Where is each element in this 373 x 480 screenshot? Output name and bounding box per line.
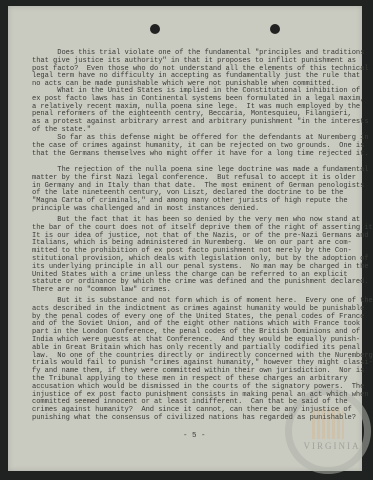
text-line: There are no "common law" crimes.	[32, 287, 342, 295]
seal-text: VIRGINIA	[302, 441, 362, 451]
punch-hole-right	[270, 24, 280, 34]
paragraph-p5: But the fact that it has been so denied …	[32, 217, 342, 295]
text-line: punishing what the consensus of civilize…	[32, 415, 342, 423]
paragraph-p6: But it is substance and not form which i…	[32, 298, 342, 423]
paragraph-p2: What in the United States is implied in …	[32, 88, 342, 135]
paragraph-p1: Does this trial violate one of the funda…	[32, 50, 342, 89]
text-line: that the Germans themselves who might of…	[32, 151, 342, 159]
paragraph-p4: The rejection of the nulla poena sine le…	[32, 167, 342, 214]
page-number: - 5 -	[183, 432, 206, 440]
paragraph-p3: So far as this defense might be offered …	[32, 135, 342, 158]
text-line: principle was challenged and in most ins…	[32, 206, 342, 214]
punch-hole-left	[150, 24, 160, 34]
